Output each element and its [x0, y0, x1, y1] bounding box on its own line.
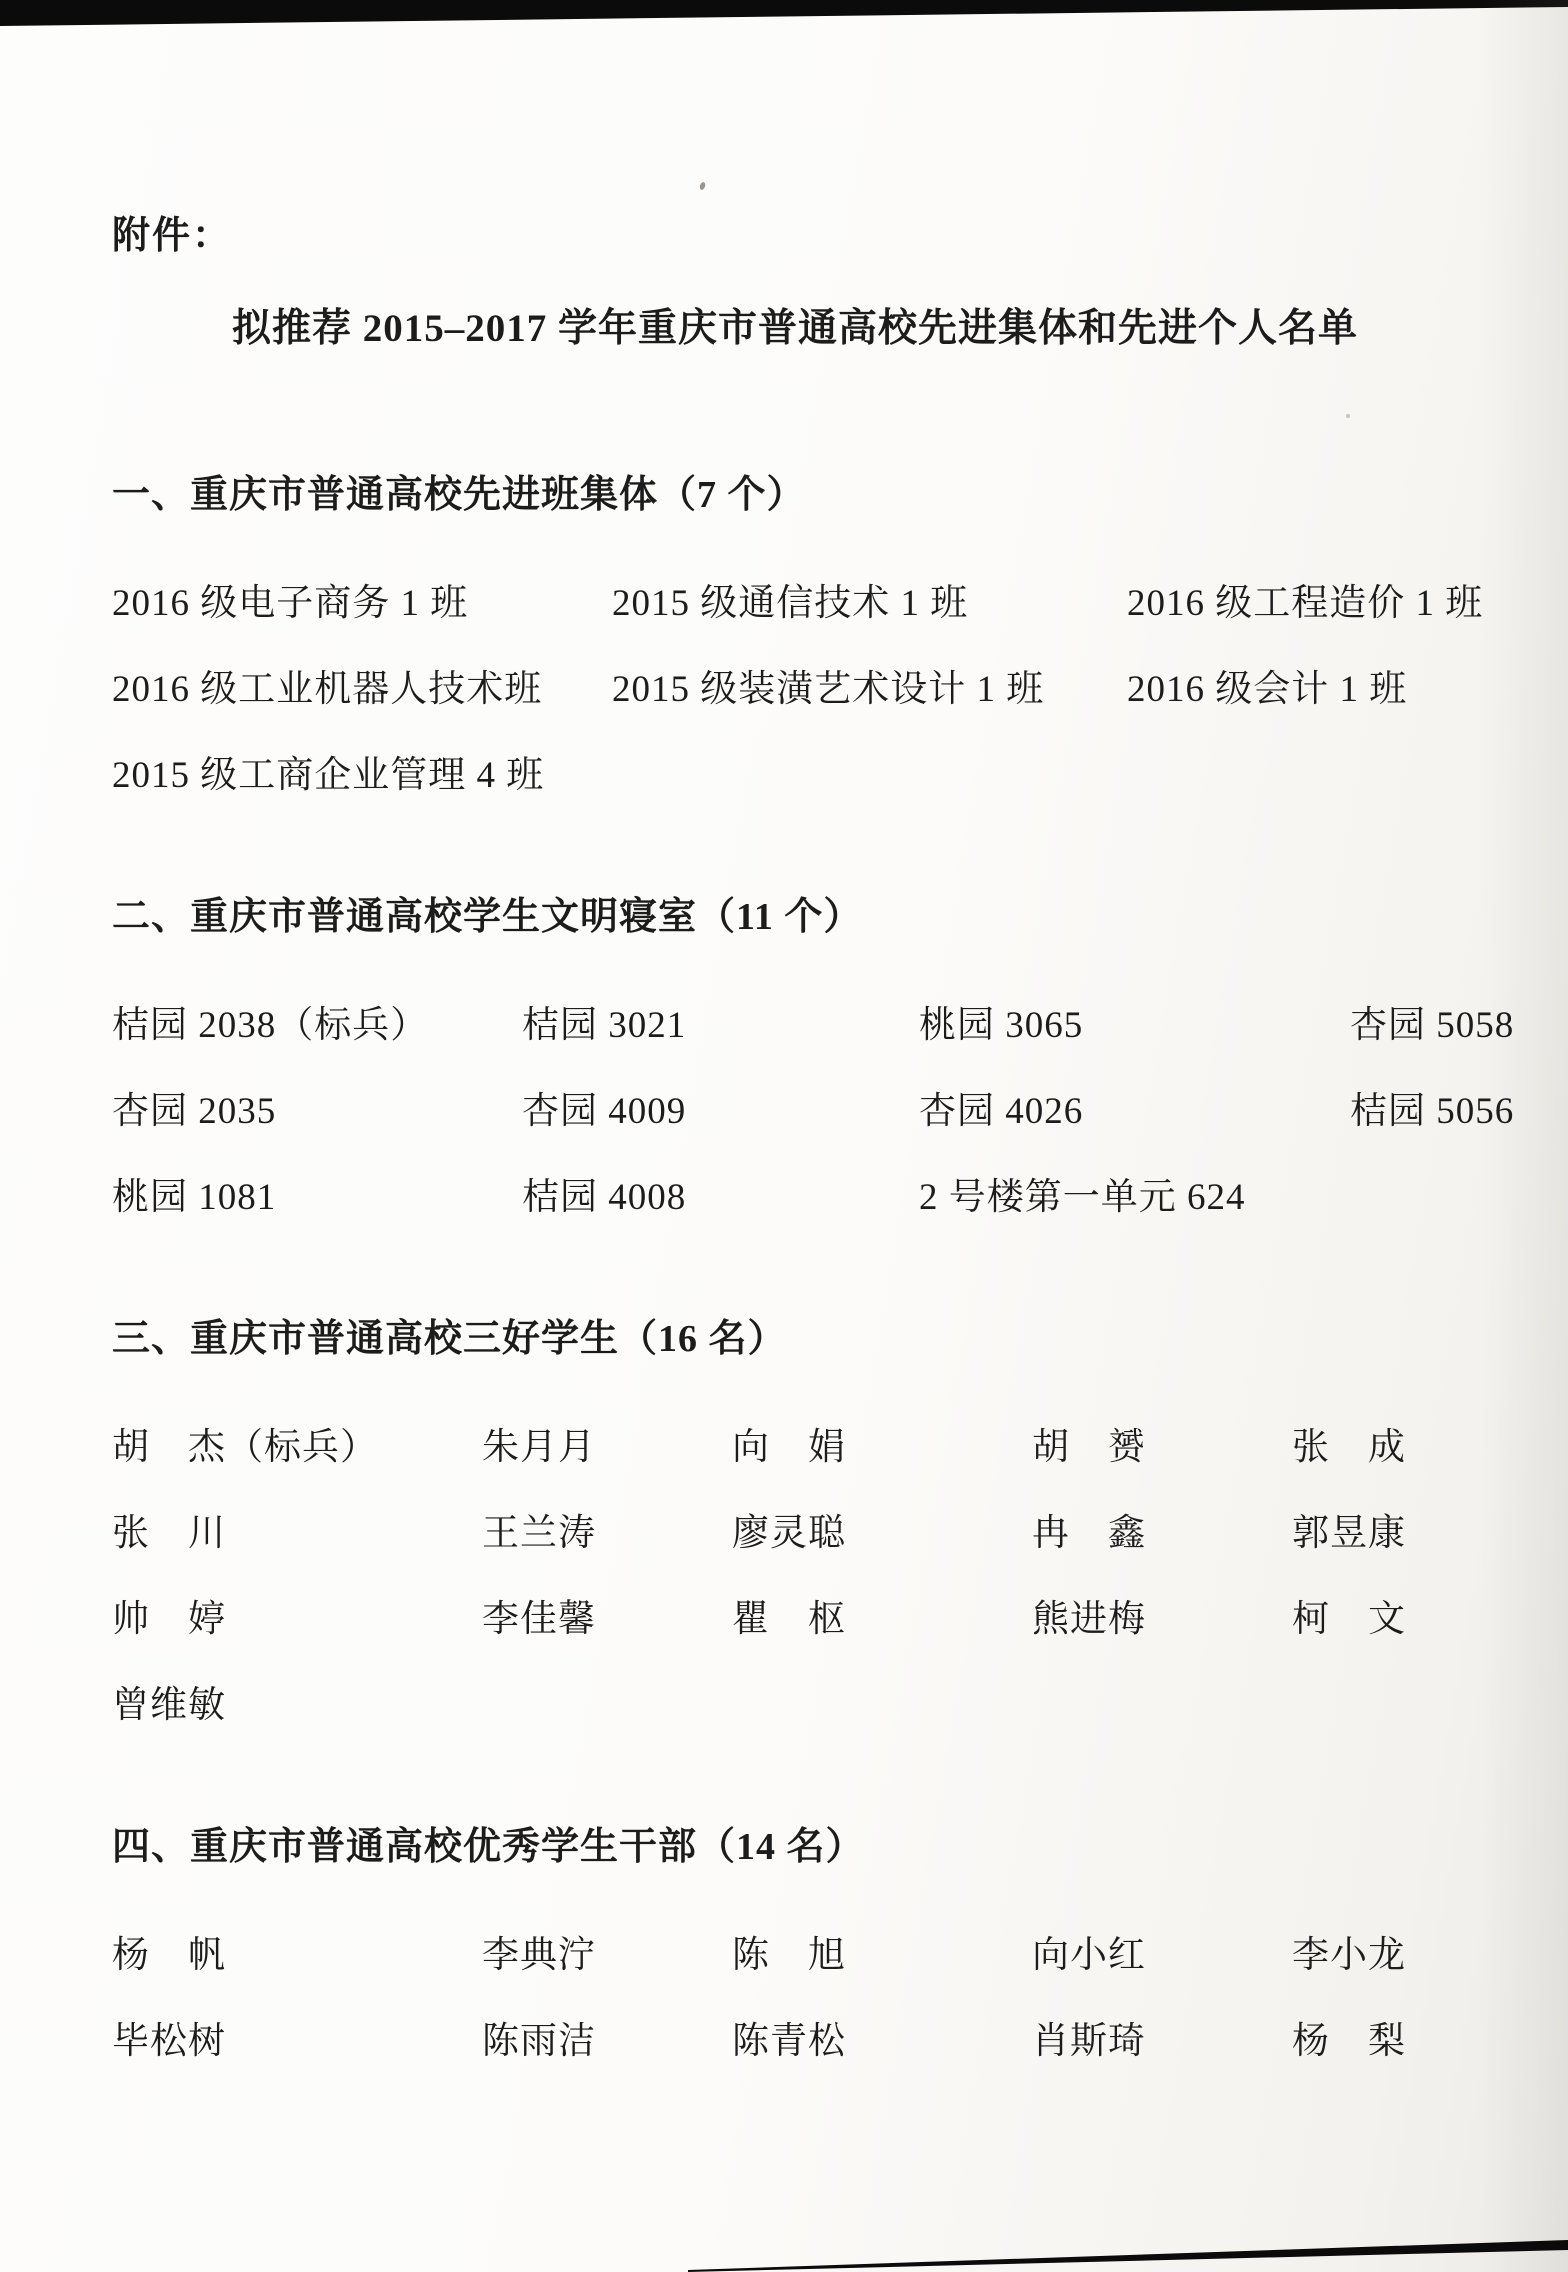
award-row: 曾维敏 [112, 1658, 1478, 1744]
list-item: 陈青松 [732, 2010, 1032, 2064]
list-item: 桃园 3065 [919, 994, 1350, 1048]
section-heading: 三、重庆市普通高校三好学生（16 名） [112, 1314, 1478, 1364]
list-item: 2 号楼第一单元 624 [919, 1166, 1478, 1220]
list-item: 桔园 5056 [1350, 1080, 1514, 1134]
attachment-label: 附件： [112, 0, 1478, 260]
list-item: 瞿 枢 [732, 1588, 1032, 1642]
section-heading: 一、重庆市普通高校先进班集体（7 个） [112, 470, 1478, 520]
list-item: 李佳馨 [482, 1588, 732, 1642]
list-item: 杨 帆 [112, 1924, 482, 1978]
award-row: 2016 级工业机器人技术班 2015 级装潢艺术设计 1 班 2016 级会计… [112, 642, 1478, 728]
award-row: 张 川 王兰涛 廖灵聪 冉 鑫 郭昱康 [112, 1486, 1478, 1572]
list-item: 胡 杰（标兵） [112, 1416, 482, 1470]
section-advanced-class-collectives: 一、重庆市普通高校先进班集体（7 个） 2016 级电子商务 1 班 2015 … [112, 470, 1478, 814]
list-item: 杏园 4026 [919, 1080, 1350, 1134]
list-item: 2015 级通信技术 1 班 [612, 572, 1127, 626]
list-item: 郭昱康 [1292, 1502, 1478, 1556]
award-row: 杏园 2035 杏园 4009 杏园 4026 桔园 5056 [112, 1064, 1478, 1150]
section-civilized-dormitories: 二、重庆市普通高校学生文明寝室（11 个） 桔园 2038（标兵） 桔园 302… [112, 892, 1478, 1236]
section-outstanding-student-cadres: 四、重庆市普通高校优秀学生干部（14 名） 杨 帆 李典泞 陈 旭 向小红 李小… [112, 1822, 1478, 2080]
list-item: 杏园 2035 [112, 1080, 522, 1134]
award-row: 毕松树 陈雨洁 陈青松 肖斯琦 杨 梨 [112, 1994, 1478, 2080]
award-row: 2015 级工商企业管理 4 班 [112, 728, 1478, 814]
section-rows: 2016 级电子商务 1 班 2015 级通信技术 1 班 2016 级工程造价… [112, 556, 1478, 814]
list-item: 胡 赟 [1032, 1416, 1292, 1470]
list-item: 李典泞 [482, 1924, 732, 1978]
section-rows: 杨 帆 李典泞 陈 旭 向小红 李小龙 毕松树 陈雨洁 陈青松 肖斯琦 杨 梨 [112, 1908, 1478, 2080]
list-item: 2016 级会计 1 班 [1127, 658, 1478, 712]
list-item: 桔园 3021 [522, 994, 919, 1048]
list-item: 2016 级电子商务 1 班 [112, 572, 612, 626]
list-item: 肖斯琦 [1032, 2010, 1292, 2064]
list-item: 冉 鑫 [1032, 1502, 1292, 1556]
award-row: 2016 级电子商务 1 班 2015 级通信技术 1 班 2016 级工程造价… [112, 556, 1478, 642]
list-item: 张 成 [1292, 1416, 1478, 1470]
list-item: 2016 级工程造价 1 班 [1127, 572, 1483, 626]
list-item: 2015 级装潢艺术设计 1 班 [612, 658, 1127, 712]
list-item: 李小龙 [1292, 1924, 1478, 1978]
award-row: 胡 杰（标兵） 朱月月 向 娟 胡 赟 张 成 [112, 1400, 1478, 1486]
award-row: 桃园 1081 桔园 4008 2 号楼第一单元 624 [112, 1150, 1478, 1236]
list-item: 杏园 4009 [522, 1080, 919, 1134]
document-content: 附件： 拟推荐 2015–2017 学年重庆市普通高校先进集体和先进个人名单 一… [0, 0, 1568, 2080]
section-merit-students: 三、重庆市普通高校三好学生（16 名） 胡 杰（标兵） 朱月月 向 娟 胡 赟 … [112, 1314, 1478, 1744]
award-row: 桔园 2038（标兵） 桔园 3021 桃园 3065 杏园 5058 [112, 978, 1478, 1064]
list-item: 廖灵聪 [732, 1502, 1032, 1556]
list-item: 向小红 [1032, 1924, 1292, 1978]
list-item: 杨 梨 [1292, 2010, 1478, 2064]
list-item: 张 川 [112, 1502, 482, 1556]
list-item: 2015 级工商企业管理 4 班 [112, 744, 612, 798]
list-item: 毕松树 [112, 2010, 482, 2064]
list-item: 桔园 2038（标兵） [112, 994, 522, 1048]
list-item: 桔园 4008 [522, 1166, 919, 1220]
scan-edge-artifact-bottom [0, 2236, 1568, 2272]
list-item: 王兰涛 [482, 1502, 732, 1556]
list-item: 熊进梅 [1032, 1588, 1292, 1642]
scanned-document-page: 附件： 拟推荐 2015–2017 学年重庆市普通高校先进集体和先进个人名单 一… [0, 0, 1568, 2272]
list-item: 2016 级工业机器人技术班 [112, 658, 612, 712]
section-heading: 四、重庆市普通高校优秀学生干部（14 名） [112, 1822, 1478, 1872]
award-row: 杨 帆 李典泞 陈 旭 向小红 李小龙 [112, 1908, 1478, 1994]
list-item: 曾维敏 [112, 1674, 482, 1728]
section-rows: 胡 杰（标兵） 朱月月 向 娟 胡 赟 张 成 张 川 王兰涛 廖灵聪 冉 鑫 … [112, 1400, 1478, 1744]
award-row: 帅 婷 李佳馨 瞿 枢 熊进梅 柯 文 [112, 1572, 1478, 1658]
list-item: 桃园 1081 [112, 1166, 522, 1220]
list-item: 陈雨洁 [482, 2010, 732, 2064]
document-title: 拟推荐 2015–2017 学年重庆市普通高校先进集体和先进个人名单 [112, 304, 1478, 354]
list-item: 柯 文 [1292, 1588, 1478, 1642]
list-item: 陈 旭 [732, 1924, 1032, 1978]
list-item: 向 娟 [732, 1416, 1032, 1470]
list-item: 杏园 5058 [1350, 994, 1514, 1048]
section-heading: 二、重庆市普通高校学生文明寝室（11 个） [112, 892, 1478, 942]
list-item: 帅 婷 [112, 1588, 482, 1642]
section-rows: 桔园 2038（标兵） 桔园 3021 桃园 3065 杏园 5058 杏园 2… [112, 978, 1478, 1236]
list-item: 朱月月 [482, 1416, 732, 1470]
